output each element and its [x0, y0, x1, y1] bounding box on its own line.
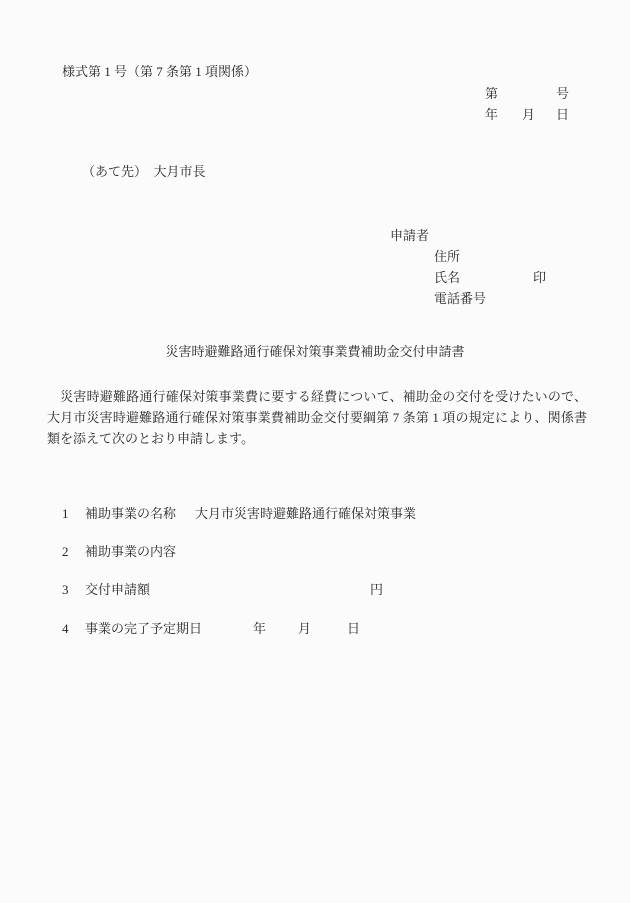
item-2-label: 補助事業の内容	[85, 544, 176, 559]
form-number: 様式第 1 号（第 7 条第 1 項関係）	[62, 64, 257, 79]
item-3-currency-unit-label: 円	[370, 582, 383, 597]
applicant-label: 申請者	[390, 228, 429, 243]
item-4-year-label: 年	[253, 621, 266, 636]
item-4-month-label: 月	[298, 621, 311, 636]
doc-number-suffix-label: 号	[556, 86, 569, 101]
date-month-label: 月	[522, 107, 535, 122]
item-3-label: 交付申請額	[85, 582, 150, 597]
item-4-day-label: 日	[347, 621, 360, 636]
item-3-number: 3	[62, 582, 69, 597]
item-1-number: 1	[62, 506, 69, 521]
applicant-phone-label: 電話番号	[434, 291, 486, 306]
applicant-seal-label: 印	[533, 270, 546, 285]
item-4-number: 4	[62, 621, 69, 636]
doc-number-prefix-label: 第	[485, 86, 498, 101]
addressee: （あて先） 大月市長	[82, 164, 206, 179]
body-paragraph: 災害時避難路通行確保対策事業費に要する経費について、補助金の交付を受けたいので、…	[47, 386, 587, 449]
date-day-label: 日	[556, 107, 569, 122]
item-1-value: 大月市災害時避難路通行確保対策事業	[195, 506, 416, 521]
item-1-label: 補助事業の名称	[85, 506, 176, 521]
document-title: 災害時避難路通行確保対策事業費補助金交付申請書	[0, 344, 630, 359]
item-2-number: 2	[62, 544, 69, 559]
item-4-label: 事業の完了予定期日	[85, 621, 202, 636]
date-year-label: 年	[485, 107, 498, 122]
applicant-name-label: 氏名	[434, 270, 460, 285]
document-page: 様式第 1 号（第 7 条第 1 項関係） 第 号 年 月 日 （あて先） 大月…	[0, 0, 630, 903]
applicant-address-label: 住所	[434, 249, 460, 264]
